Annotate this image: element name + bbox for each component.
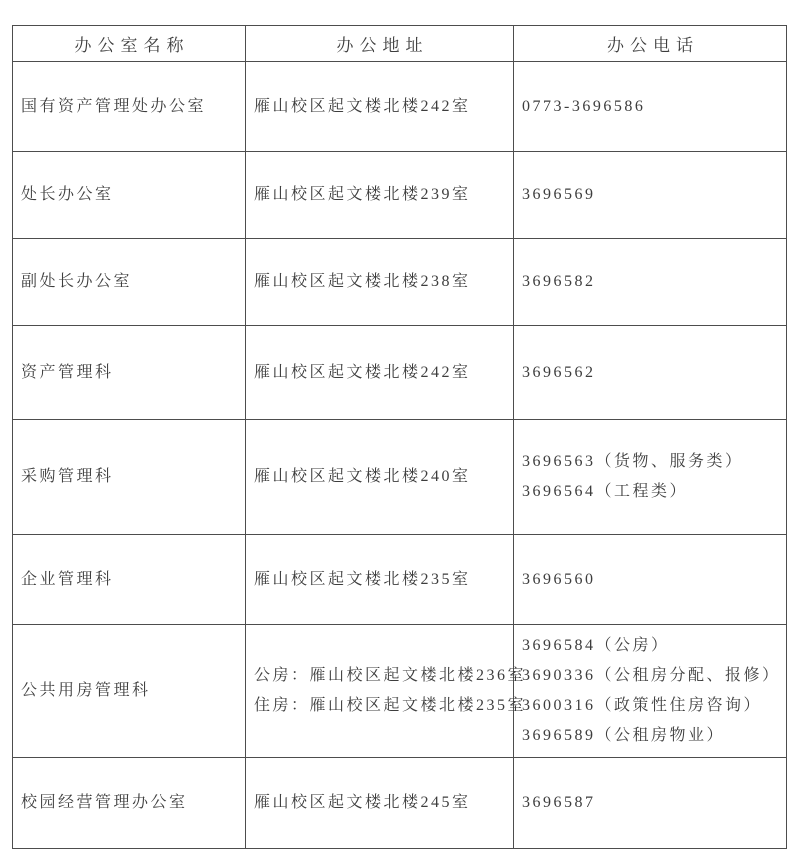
office-address-line: 雁山校区起文楼北楼235室	[254, 565, 507, 595]
office-phone-line: 3696562	[522, 358, 780, 388]
office-name-cell: 国有资产管理处办公室	[13, 62, 246, 152]
office-address-cell: 公房：雁山校区起文楼北楼236室住房：雁山校区起文楼北楼235室	[246, 625, 514, 758]
header-office-name: 办公室名称	[13, 26, 246, 62]
header-office-phone: 办公电话	[514, 26, 787, 62]
office-name-line: 采购管理科	[21, 462, 239, 492]
table-row: 资产管理科雁山校区起文楼北楼242室3696562	[13, 326, 787, 420]
office-name-line: 国有资产管理处办公室	[21, 92, 239, 122]
table-row: 公共用房管理科公房：雁山校区起文楼北楼236室住房：雁山校区起文楼北楼235室3…	[13, 625, 787, 758]
office-address-line: 雁山校区起文楼北楼238室	[254, 267, 507, 297]
office-phone-cell: 3696584（公房）3690336（公租房分配、报修）3600316（政策性住…	[514, 625, 787, 758]
office-address-cell: 雁山校区起文楼北楼235室	[246, 535, 514, 625]
office-address-line: 雁山校区起文楼北楼242室	[254, 358, 507, 388]
office-phone-line: 3696563（货物、服务类）	[522, 447, 780, 477]
table-body: 国有资产管理处办公室雁山校区起文楼北楼242室0773-3696586处长办公室…	[13, 62, 787, 849]
office-address-line: 雁山校区起文楼北楼245室	[254, 788, 507, 818]
office-phone-cell: 3696569	[514, 152, 787, 239]
office-name-line: 校园经营管理办公室	[21, 788, 239, 818]
office-name-cell: 采购管理科	[13, 420, 246, 535]
office-phone-line: 3696560	[522, 565, 780, 595]
table-row: 处长办公室雁山校区起文楼北楼239室3696569	[13, 152, 787, 239]
office-phone-cell: 3696562	[514, 326, 787, 420]
office-name-cell: 企业管理科	[13, 535, 246, 625]
office-address-cell: 雁山校区起文楼北楼242室	[246, 62, 514, 152]
table-row: 校园经营管理办公室雁山校区起文楼北楼245室3696587	[13, 758, 787, 849]
table-header: 办公室名称 办公地址 办公电话	[13, 26, 787, 62]
office-phone-cell: 3696560	[514, 535, 787, 625]
office-address-cell: 雁山校区起文楼北楼238室	[246, 239, 514, 326]
office-name-cell: 处长办公室	[13, 152, 246, 239]
office-name-line: 公共用房管理科	[21, 676, 239, 706]
office-phone-line: 0773-3696586	[522, 92, 780, 122]
office-address-cell: 雁山校区起文楼北楼242室	[246, 326, 514, 420]
office-name-cell: 公共用房管理科	[13, 625, 246, 758]
table-row: 副处长办公室雁山校区起文楼北楼238室3696582	[13, 239, 787, 326]
office-phone-line: 3690336（公租房分配、报修）	[522, 661, 780, 691]
office-address-line: 雁山校区起文楼北楼240室	[254, 462, 507, 492]
office-address-line: 雁山校区起文楼北楼239室	[254, 180, 507, 210]
header-office-address: 办公地址	[246, 26, 514, 62]
office-phone-line: 3696584（公房）	[522, 631, 780, 661]
office-name-line: 副处长办公室	[21, 267, 239, 297]
office-phone-line: 3696569	[522, 180, 780, 210]
office-phone-line: 3600316（政策性住房咨询）	[522, 691, 780, 721]
office-phone-line: 3696589（公租房物业）	[522, 721, 780, 751]
office-address-line: 雁山校区起文楼北楼242室	[254, 92, 507, 122]
office-address-cell: 雁山校区起文楼北楼239室	[246, 152, 514, 239]
office-name-cell: 副处长办公室	[13, 239, 246, 326]
office-phone-cell: 3696563（货物、服务类）3696564（工程类）	[514, 420, 787, 535]
office-phone-cell: 3696582	[514, 239, 787, 326]
table-row: 采购管理科雁山校区起文楼北楼240室3696563（货物、服务类）3696564…	[13, 420, 787, 535]
office-address-line: 住房：雁山校区起文楼北楼235室	[254, 691, 507, 721]
office-name-line: 处长办公室	[21, 180, 239, 210]
office-name-cell: 资产管理科	[13, 326, 246, 420]
table-row: 国有资产管理处办公室雁山校区起文楼北楼242室0773-3696586	[13, 62, 787, 152]
office-name-line: 资产管理科	[21, 358, 239, 388]
office-name-cell: 校园经营管理办公室	[13, 758, 246, 849]
document-page: 办公室名称 办公地址 办公电话 国有资产管理处办公室雁山校区起文楼北楼242室0…	[0, 0, 799, 850]
header-row: 办公室名称 办公地址 办公电话	[13, 26, 787, 62]
office-contact-table: 办公室名称 办公地址 办公电话 国有资产管理处办公室雁山校区起文楼北楼242室0…	[12, 25, 787, 849]
office-phone-line: 3696564（工程类）	[522, 477, 780, 507]
office-address-cell: 雁山校区起文楼北楼245室	[246, 758, 514, 849]
office-name-line: 企业管理科	[21, 565, 239, 595]
office-phone-cell: 3696587	[514, 758, 787, 849]
office-address-cell: 雁山校区起文楼北楼240室	[246, 420, 514, 535]
office-phone-cell: 0773-3696586	[514, 62, 787, 152]
office-phone-line: 3696587	[522, 788, 780, 818]
office-address-line: 公房：雁山校区起文楼北楼236室	[254, 661, 507, 691]
table-row: 企业管理科雁山校区起文楼北楼235室3696560	[13, 535, 787, 625]
office-phone-line: 3696582	[522, 267, 780, 297]
